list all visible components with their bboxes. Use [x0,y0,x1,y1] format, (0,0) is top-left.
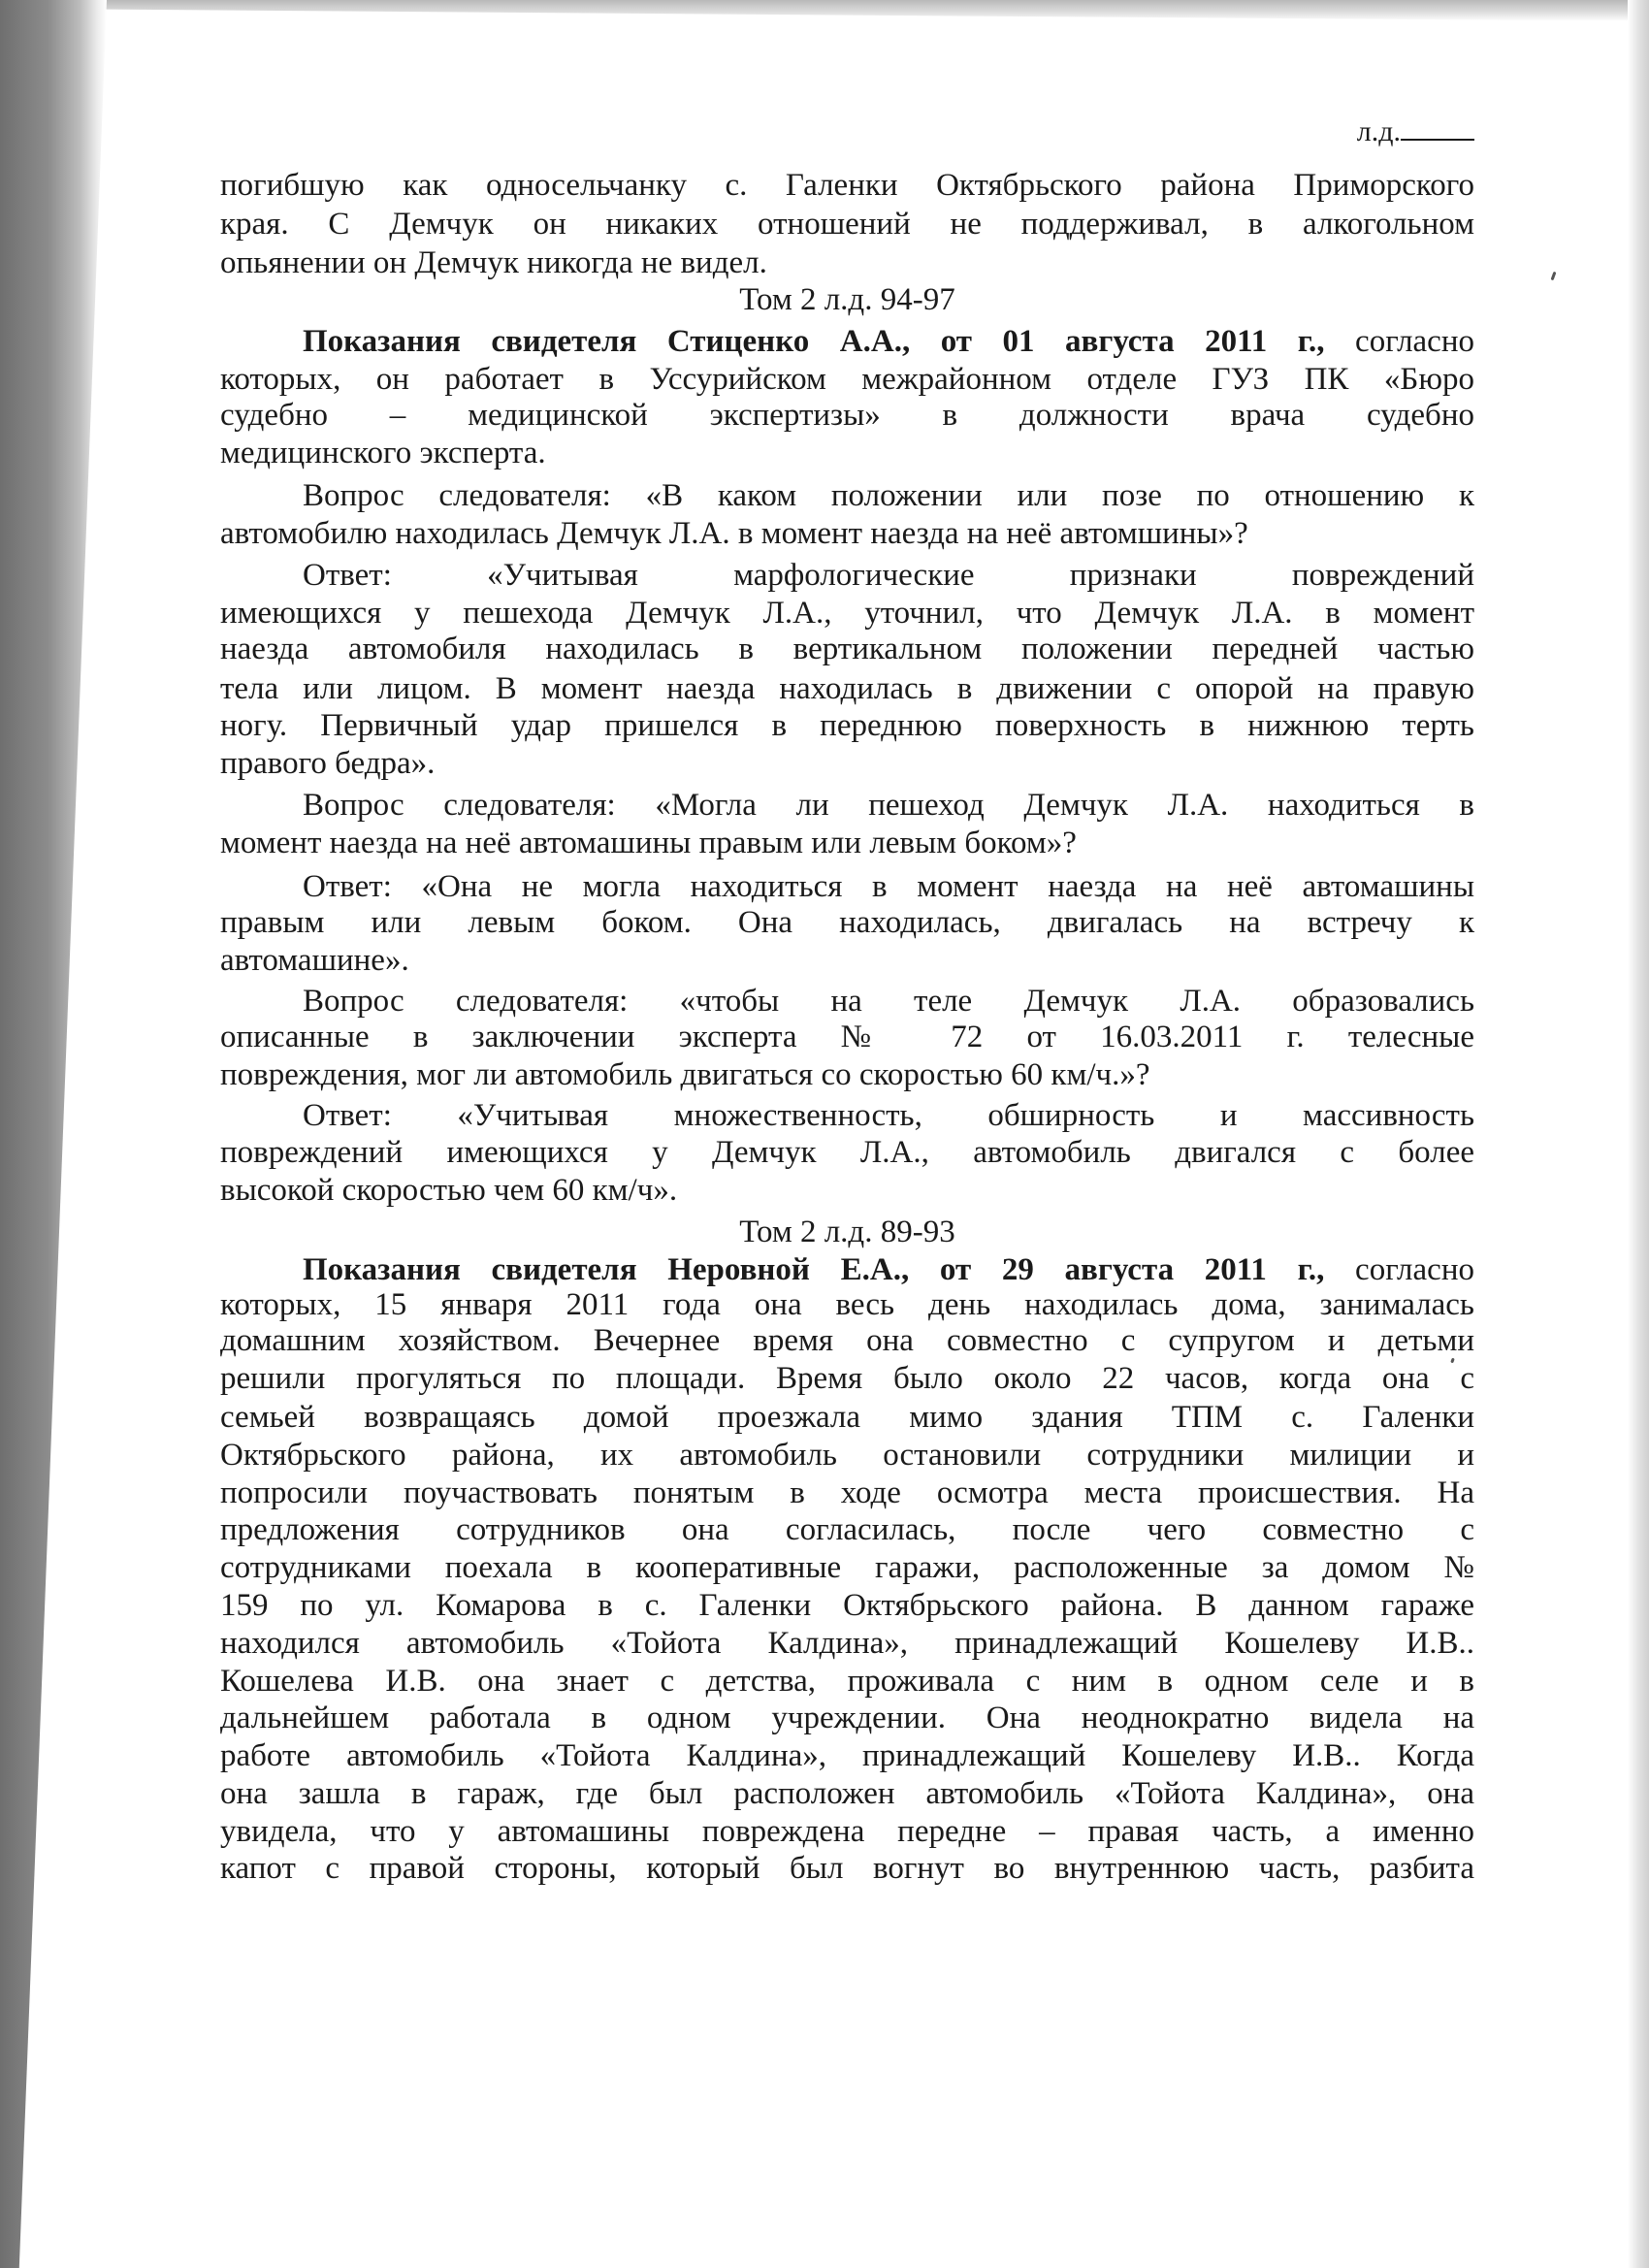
text-line: Ответ: «Учитывая множественность, обширн… [303,1097,1474,1134]
text-line: Вопрос следователя: «Могла ли пешеход Де… [303,787,1474,824]
text-line: 159 по ул. Комарова в с. Галенки Октябрь… [220,1587,1474,1624]
testimony-heading-line: Показания свидетеля Стиценко А.А., от 01… [303,323,1474,360]
page-reference: л.д. [1357,113,1474,150]
text-line: предложения сотрудников она согласилась,… [220,1511,1474,1548]
text-line: края. С Демчук он никаких отношений не п… [220,206,1474,243]
text-line: Ответ: «Учитывая марфологические признак… [303,557,1474,594]
text-line: капот с правой стороны, который был вогн… [220,1850,1474,1887]
text-line: которых, 15 января 2011 года она весь де… [220,1286,1474,1323]
text-line: дальнейшем работала в одном учреждении. … [220,1700,1474,1736]
text-line: высокой скоростью чем 60 км/ч». [220,1172,1474,1209]
text-line: она зашла в гараж, где был расположен ав… [220,1775,1474,1812]
witness-testimony-title: Показания свидетеля Неровной Е.А., от 29… [303,1252,1324,1287]
text-line: правого бедра». [220,745,1474,782]
scanned-page: л.д. погибшую как односельчанку с. Гален… [0,0,1649,2268]
text-line: момент наезда на неё автомашины правым и… [220,825,1474,861]
page-reference-label: л.д. [1357,115,1401,147]
witness-testimony-title: Показания свидетеля Стиценко А.А., от 01… [303,324,1325,359]
text-line: опьянении он Демчук никогда не видел. [220,244,1474,281]
text-line: находился автомобиль «Тойота Калдина», п… [220,1625,1474,1662]
text-line: тела или лицом. В момент наезда находила… [220,670,1474,707]
text-line: описанные в заключении эксперта № 72 от … [220,1019,1474,1055]
text-line: судебно – медицинской экспертизы» в долж… [220,397,1474,434]
page-number-blank [1401,115,1474,141]
scan-shadow-left [0,0,107,2268]
text-line: ногу. Первичный удар пришелся в переднюю… [220,707,1474,744]
text-line: правым или левым боком. Она находилась, … [220,904,1474,941]
volume-reference: Том 2 л.д. 89-93 [220,1214,1474,1250]
text-line: погибшую как односельчанку с. Галенки Ок… [220,167,1474,204]
text-line: медицинского эксперта. [220,435,1474,471]
text-line: Вопрос следователя: «В каком положении и… [303,477,1474,514]
text-line: автомобилю находилась Демчук Л.А. в моме… [220,515,1474,552]
text-line: которых, он работает в Уссурийском межра… [220,361,1474,398]
text-line: решили прогуляться по площади. Время был… [220,1360,1474,1397]
scan-shadow-top [0,0,1649,21]
text-line: увидела, что у автомашины повреждена пер… [220,1813,1474,1850]
text-line: повреждения, мог ли автомобиль двигаться… [220,1056,1474,1093]
text-line: семьей возвращаясь домой проезжала мимо … [220,1399,1474,1436]
text-line: Вопрос следователя: «чтобы на теле Демчу… [303,983,1474,1020]
text-line: Ответ: «Она не могла находиться в момент… [303,868,1474,905]
text-fragment: согласно [1325,324,1474,359]
text-fragment: согласно [1324,1252,1474,1287]
text-line: автомашине». [220,942,1474,979]
testimony-heading-line: Показания свидетеля Неровной Е.А., от 29… [303,1251,1474,1288]
text-line: наезда автомобиля находилась в вертикаль… [220,631,1474,667]
text-line: работе автомобиль «Тойота Калдина», прин… [220,1737,1474,1774]
text-line: повреждений имеющихся у Демчук Л.А., авт… [220,1134,1474,1171]
text-line: сотрудниками поехала в кооперативные гар… [220,1549,1474,1586]
text-line: имеющихся у пешехода Демчук Л.А., уточни… [220,595,1474,632]
text-line: Октябрьского района, их автомобиль остан… [220,1437,1474,1474]
text-line: домашним хозяйством. Вечернее время она … [220,1322,1474,1359]
scan-speck [1551,272,1557,280]
text-line: попросили поучаствовать понятым в ходе о… [220,1474,1474,1511]
scan-shadow-right [1628,0,1649,2268]
text-line: Кошелева И.В. она знает с детства, прожи… [220,1663,1474,1700]
volume-reference: Том 2 л.д. 94-97 [220,281,1474,318]
